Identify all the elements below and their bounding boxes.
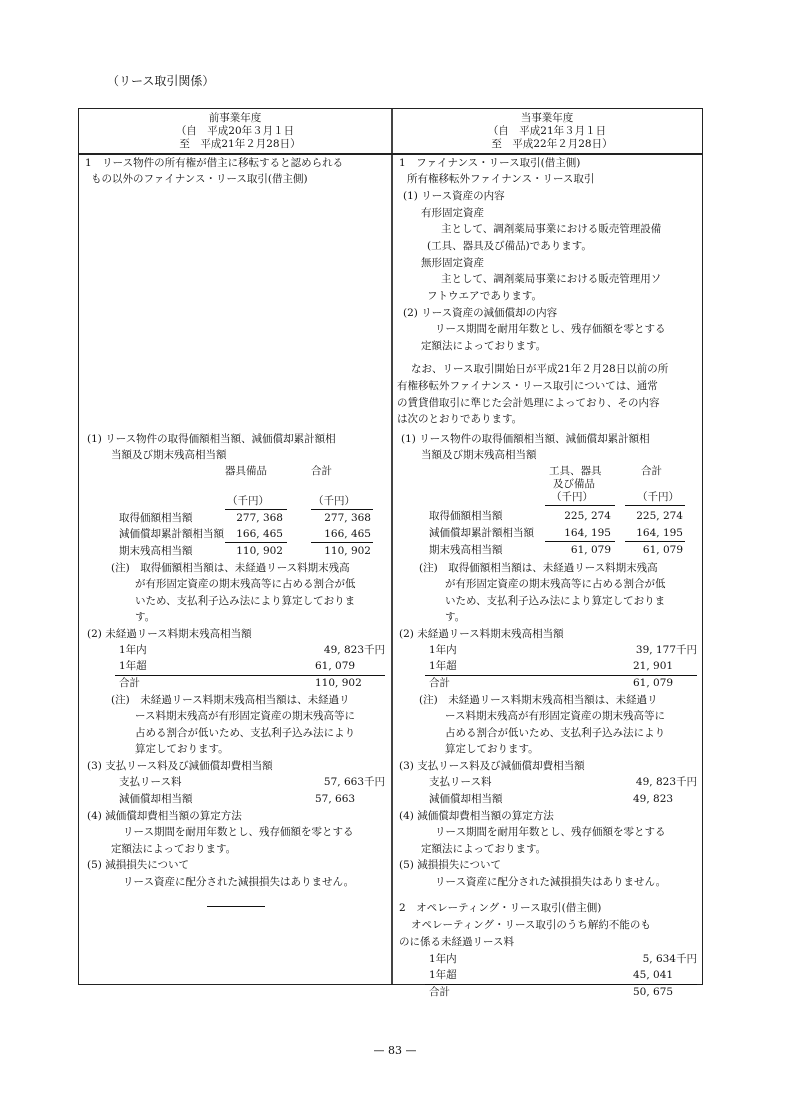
prev-s1-title: (1) リース物件の取得価額相当額、減価償却累計額相 <box>87 432 336 446</box>
curr-s2-title: (2) 未経過リース料期末残高相当額 <box>399 627 564 641</box>
prev-s1-note: が有形固定資産の期末残高等に占める割合が低 <box>135 577 356 591</box>
underline <box>545 541 615 542</box>
curr-s1-value: 225, 274 <box>625 509 683 523</box>
curr-note-paragraph: の賃貸借取引に準じた会計処理によっており、その内容 <box>397 396 660 410</box>
curr-op-row-label: 1年超 <box>429 968 457 982</box>
prev-intro-line: もの以外のファイナンス・リース取引(借主側) <box>91 172 308 186</box>
prev-s2-title: (2) 未経過リース料期末残高相当額 <box>87 627 252 641</box>
curr-s2-row-label: 1年超 <box>429 659 457 673</box>
curr-op-value: 5, 634千円 <box>573 952 697 966</box>
prev-s1-note: (注) 取得価額相当額は、未経過リース料期末残高 <box>111 561 350 575</box>
prev-s1-unit: （千円） <box>227 494 269 508</box>
curr-note-paragraph: 有権移転外ファイナンス・リース取引については、通常 <box>397 379 658 393</box>
prev-s2-value: 61, 079 <box>315 659 355 673</box>
underline <box>625 541 685 542</box>
curr-s2-note: 算定しております。 <box>445 742 539 756</box>
underline <box>545 505 615 506</box>
curr-a1-intangible: 無形固定資産 <box>421 256 484 270</box>
curr-op-value: 50, 675 <box>633 985 673 999</box>
curr-a2-body: 定額法によっております。 <box>421 339 546 353</box>
curr-s1-col-header: 工具、器具 <box>549 464 602 478</box>
curr-s3-title: (3) 支払リース料及び減価償却費相当額 <box>399 759 585 773</box>
curr-s3-row-label: 減価償却相当額 <box>429 792 503 806</box>
curr-note-paragraph: は次のとおりであります。 <box>397 412 522 426</box>
prev-s3-value: 57, 663 <box>315 792 355 806</box>
prev-s2-value: 49, 823千円 <box>259 643 385 657</box>
curr-s2-note: ース料期末残高が有形固定資産の期末残高等に <box>445 709 665 723</box>
curr-a2-body: リース期間を耐用年数とし、残存価額を零とする <box>435 322 665 336</box>
prev-s1-col-header: 合計 <box>311 464 332 478</box>
prev-s5-body: リース資産に配分された減損損失はありません。 <box>123 875 354 889</box>
curr-s1-value: 61, 079 <box>545 543 611 557</box>
prev-s2-value: 110, 902 <box>315 676 362 690</box>
curr-s3-value: 49, 823 <box>633 792 673 806</box>
prev-s1-value: 277, 368 <box>311 511 371 525</box>
underline <box>311 509 373 510</box>
prev-s1-value: 277, 368 <box>225 511 283 525</box>
end-rule <box>207 906 265 907</box>
curr-s1-title: (1) リース物件の取得価額相当額、減価償却累計額相 <box>401 432 650 446</box>
prev-s1-note: いため、支払利子込み法により算定しておりま <box>135 594 355 608</box>
prev-s2-row-label: 合計 <box>119 676 140 690</box>
curr-a2-title: (2) リース資産の減価償却の内容 <box>403 306 557 320</box>
underline <box>225 542 287 543</box>
underline <box>625 505 685 506</box>
curr-s2-value: 39, 177千円 <box>573 643 697 657</box>
curr-period-column: 1 ファイナンス・リース取引(借主側) 所有権移転外ファイナンス・リース取引 (… <box>393 109 703 984</box>
curr-s1-note: す。 <box>445 610 465 624</box>
prev-s2-row-label: 1年内 <box>119 643 147 657</box>
curr-s1-title: 当額及び期末残高相当額 <box>421 448 537 462</box>
curr-s1-value: 61, 079 <box>625 543 683 557</box>
curr-s4-body: 定額法によっております。 <box>421 842 546 856</box>
lease-comparison-table: 前事業年度 （自 平成20年３月１日 至 平成21年２月28日） 当事業年度 （… <box>78 108 703 985</box>
curr-s1-note: が有形固定資産の期末残高等に占める割合が低 <box>445 577 666 591</box>
underline <box>225 509 287 510</box>
curr-a1-tangible-body: (工具、器具及び備品)であります。 <box>427 239 592 253</box>
curr-intro-line: 所有権移転外ファイナンス・リース取引 <box>407 172 594 186</box>
curr-s2-value: 21, 901 <box>633 659 673 673</box>
page-number: — 83 — <box>0 1044 790 1058</box>
curr-s3-value: 49, 823千円 <box>573 775 697 789</box>
prev-s1-row-label: 減価償却累計額相当額 <box>119 527 224 541</box>
prev-s4-body: リース期間を耐用年数とし、残存価額を零とする <box>123 825 353 839</box>
curr-s1-row-label: 期末残高相当額 <box>429 543 503 557</box>
curr-s4-title: (4) 減価償却費相当額の算定方法 <box>399 809 554 823</box>
curr-s1-value: 164, 195 <box>625 526 683 540</box>
curr-s4-body: リース期間を耐用年数とし、残存価額を零とする <box>435 825 665 839</box>
curr-note-paragraph: なお、リース取引開始日が平成21年２月28日以前の所 <box>411 362 668 376</box>
prev-s1-row-label: 期末残高相当額 <box>119 544 193 558</box>
prev-s4-title: (4) 減価償却費相当額の算定方法 <box>87 809 242 823</box>
curr-a1-intangible-body: 主として、調剤薬局事業における販売管理用ソ <box>441 272 661 286</box>
curr-s5-body: リース資産に配分された減損損失はありません。 <box>435 875 666 889</box>
prev-s1-row-label: 取得価額相当額 <box>119 511 193 525</box>
prev-s3-value: 57, 663千円 <box>259 775 385 789</box>
curr-intro-line: 1 ファイナンス・リース取引(借主側) <box>399 156 580 170</box>
prev-s1-title: 当額及び期末残高相当額 <box>111 448 227 462</box>
prev-s5-title: (5) 減損損失について <box>87 858 189 872</box>
curr-op-row-label: 1年内 <box>429 952 457 966</box>
prev-s2-note: 算定しております。 <box>135 742 229 756</box>
prev-s2-note: (注) 未経過リース料期末残高相当額は、未経過リ <box>111 693 350 707</box>
curr-s1-row-label: 取得価額相当額 <box>429 509 503 523</box>
prev-s3-row-label: 支払リース料 <box>119 775 181 789</box>
prev-s2-note: ース料期末残高が有形固定資産の期末残高等に <box>135 709 355 723</box>
curr-s1-value: 225, 274 <box>545 509 611 523</box>
curr-a1-intangible-body: フトウエアであります。 <box>427 289 542 303</box>
curr-op-row-label: 合計 <box>429 985 450 999</box>
curr-op-body: オペレーティング・リース取引のうち解約不能のも <box>411 918 651 932</box>
curr-s2-note: (注) 未経過リース料期末残高相当額は、未経過リ <box>419 693 658 707</box>
prev-intro-line: 1 リース物件の所有権が借主に移転すると認められる <box>85 156 343 170</box>
prev-s1-value: 110, 902 <box>225 544 283 558</box>
curr-s1-row-label: 減価償却累計額相当額 <box>429 526 534 540</box>
prev-s1-value: 166, 465 <box>225 527 283 541</box>
prev-s3-title: (3) 支払リース料及び減価償却費相当額 <box>87 759 273 773</box>
prev-s1-note: す。 <box>135 610 155 624</box>
curr-op-value: 45, 041 <box>633 968 673 982</box>
prev-period-column: 1 リース物件の所有権が借主に移転すると認められる もの以外のファイナンス・リー… <box>79 109 391 984</box>
curr-s1-note: (注) 取得価額相当額は、未経過リース料期末残高 <box>419 561 658 575</box>
underline <box>311 542 373 543</box>
curr-s2-value: 61, 079 <box>633 676 673 690</box>
prev-s4-body: 定額法によっております。 <box>111 842 236 856</box>
section-title: （リース取引関係） <box>107 74 214 88</box>
curr-s2-row-label: 合計 <box>429 676 450 690</box>
curr-op-body: のに係る未経過リース料 <box>399 935 514 949</box>
prev-s3-row-label: 減価償却相当額 <box>119 792 193 806</box>
prev-s1-value: 166, 465 <box>311 527 371 541</box>
curr-s1-note: いため、支払利子込み法により算定しておりま <box>445 594 665 608</box>
curr-s2-row-label: 1年内 <box>429 643 457 657</box>
curr-s5-title: (5) 減損損失について <box>399 858 501 872</box>
curr-s1-unit: （千円） <box>551 490 593 504</box>
curr-s2-note: 占める割合が低いため、支払利子込み法により <box>445 726 665 740</box>
curr-a1-title: (1) リース資産の内容 <box>403 189 505 203</box>
prev-s1-col-header: 器具備品 <box>225 464 267 478</box>
curr-s1-col-header: 合計 <box>641 464 662 478</box>
curr-s1-unit: （千円） <box>637 490 679 504</box>
curr-s3-row-label: 支払リース料 <box>429 775 491 789</box>
prev-s2-note: 占める割合が低いため、支払利子込み法により <box>135 726 355 740</box>
curr-op-title: 2 オペレーティング・リース取引(借主側) <box>399 901 601 915</box>
curr-a1-tangible: 有形固定資産 <box>421 206 484 220</box>
prev-s1-value: 110, 902 <box>311 544 371 558</box>
prev-s1-unit: （千円） <box>313 494 355 508</box>
prev-s2-row-label: 1年超 <box>119 659 147 673</box>
curr-s1-col-header: 及び備品 <box>553 477 595 491</box>
curr-s1-value: 164, 195 <box>545 526 611 540</box>
curr-a1-tangible-body: 主として、調剤薬局事業における販売管理設備 <box>441 222 661 236</box>
